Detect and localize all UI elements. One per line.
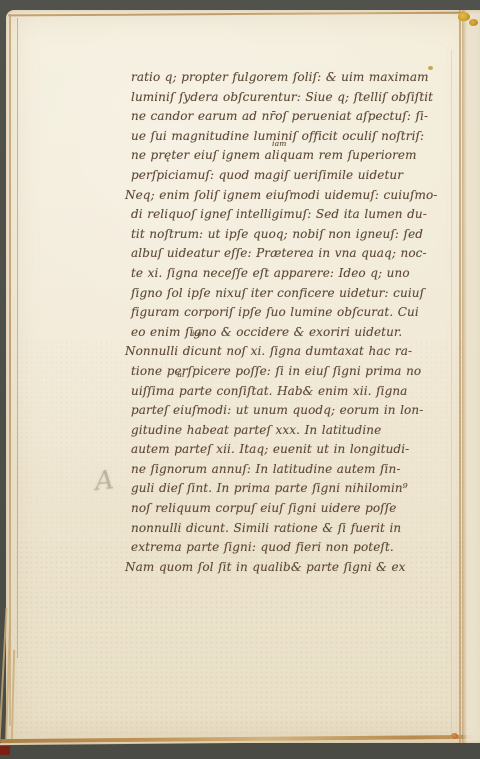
manuscript-line: perſpiciamuſ: quod magiſ ueriſimile uide… xyxy=(125,166,437,186)
manuscript-line: tit noſtrum: ut ipſe quoq; nobiſ non ign… xyxy=(125,225,437,245)
corner-stain xyxy=(451,733,458,739)
interlinear-correction: iam xyxy=(272,139,287,148)
show-through-letter: A xyxy=(93,465,115,497)
interlinear-correction: ilo xyxy=(192,329,202,338)
manuscript-line: Nam quom ſol ſit in qualib& parte ſigni … xyxy=(125,558,437,578)
manuscript-line: guli dieſ ſint. In prima parte ſigni nih… xyxy=(125,479,437,499)
manuscript-line: ne candor earum ad nr̄oſ perueniat aſpec… xyxy=(125,107,437,127)
page-fore-edge-outer-line xyxy=(9,14,11,726)
manuscript-line: autem parteſ xii. Itaq; euenit ut in lon… xyxy=(125,440,437,460)
scan-background: A ratio q; propter fulgorem ſoliſ: & uim… xyxy=(0,0,480,759)
gilt-clasp-icon xyxy=(469,19,478,26)
manuscript-line: di reliquoſ igneſ intelligimuſ: Sed ita … xyxy=(125,205,437,225)
gilt-clasp-icon xyxy=(458,12,470,21)
manuscript-line: ne pręter eiuſ ignem aliquam rem ſuperio… xyxy=(125,146,437,166)
interlinear-correction: ul xyxy=(177,370,185,379)
manuscript-line: Nonnulli dicunt noſ xi. ſigna dumtaxat h… xyxy=(125,342,437,362)
page-stack-edge xyxy=(11,650,15,742)
manuscript-line: Neq; enim ſoliſ ignem eiuſmodi uidemuſ: … xyxy=(125,186,437,206)
gutter-line-faint xyxy=(451,50,452,740)
manuscript-page: A ratio q; propter fulgorem ſoliſ: & uim… xyxy=(6,10,480,743)
page-top-edge xyxy=(8,12,478,17)
manuscript-line: extrema parte ſigni: quod fieri non pote… xyxy=(125,538,437,558)
manuscript-line: noſ reliquum corpuſ eiuſ ſigni uidere po… xyxy=(125,499,437,519)
manuscript-line: ratio q; propter fulgorem ſoliſ: & uim m… xyxy=(125,68,437,88)
manuscript-line: tione perſpicere poſſe: ſi in eiuſ ſigni… xyxy=(125,362,437,382)
gutter-shadow xyxy=(462,10,480,743)
manuscript-line: parteſ eiuſmodi: ut unum quodq; eorum in… xyxy=(125,401,437,421)
manuscript-line: luminiſ ſydera obſcurentur: Siue q; ſtel… xyxy=(125,88,437,108)
book-cover-edge xyxy=(0,746,10,755)
manuscript-line: te xi. ſigna neceſſe eſt apparere: Ideo … xyxy=(125,264,437,284)
manuscript-line: gitudine habeat parteſ xxx. In latitudin… xyxy=(125,421,437,441)
manuscript-line: ne ſignorum annuſ: In latitudine autem ſ… xyxy=(125,460,437,480)
manuscript-line: ſigno ſol ipſe nixuſ iter conficere uide… xyxy=(125,284,437,304)
page-fore-edge-inner-line xyxy=(17,18,18,658)
manuscript-line: figuram corporiſ ipſe ſuo lumine obſcura… xyxy=(125,303,437,323)
manuscript-line: albuſ uideatur eſſe: Præterea in vna qua… xyxy=(125,244,437,264)
manuscript-line: uiſſima parte conſiſtat. Hab& enim xii. … xyxy=(125,382,437,402)
manuscript-line: eo enim ſigno & occidere & exoriri uidet… xyxy=(125,323,437,343)
gutter-line xyxy=(459,10,461,743)
manuscript-text-block: ratio q; propter fulgorem ſoliſ: & uim m… xyxy=(125,68,437,577)
manuscript-line: nonnulli dicunt. Simili ratione & ſi fue… xyxy=(125,519,437,539)
